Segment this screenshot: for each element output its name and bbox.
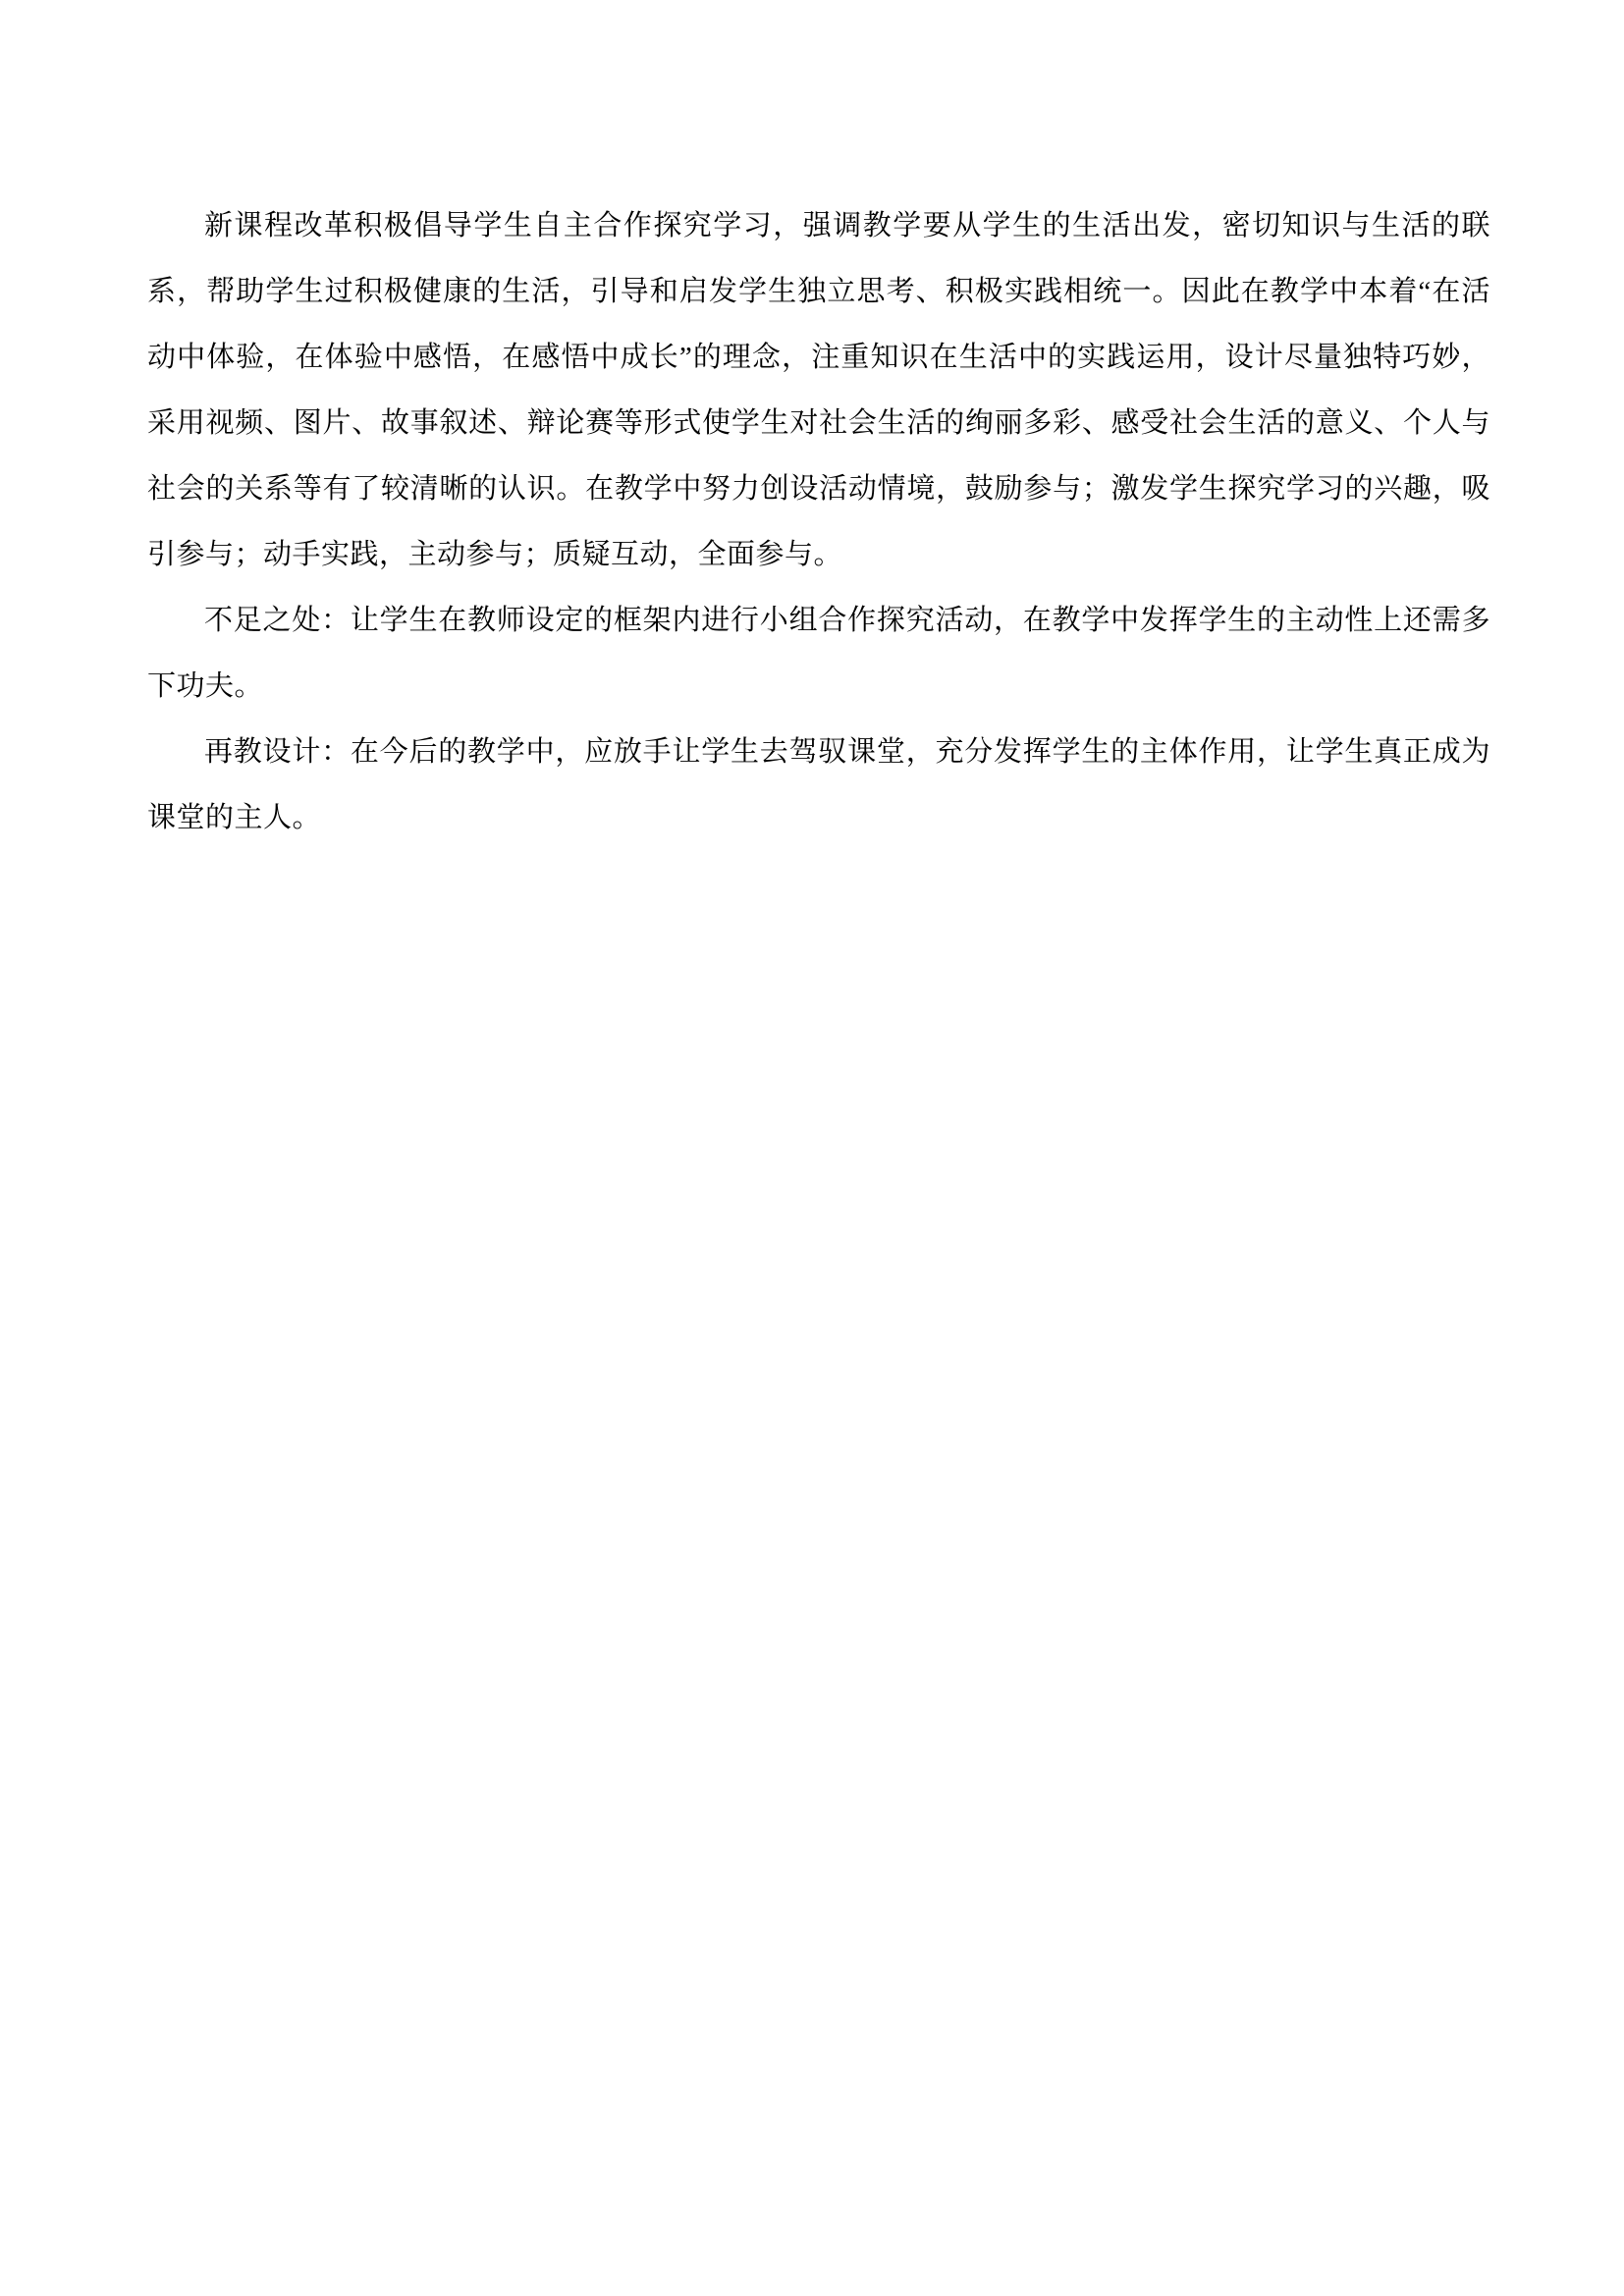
paragraph-teaching-reflection: 新课程改革积极倡导学生自主合作探究学习，强调教学要从学生的生活出发，密切知识与生…	[147, 193, 1490, 588]
document-text-block: 新课程改革积极倡导学生自主合作探究学习，强调教学要从学生的生活出发，密切知识与生…	[147, 193, 1490, 851]
paragraph-shortcomings: 不足之处：让学生在教师设定的框架内进行小组合作探究活动，在教学中发挥学生的主动性…	[147, 588, 1490, 720]
document-page: 新课程改革积极倡导学生自主合作探究学习，强调教学要从学生的生活出发，密切知识与生…	[0, 0, 1624, 2296]
paragraph-redesign: 再教设计：在今后的教学中，应放手让学生去驾驭课堂，充分发挥学生的主体作用，让学生…	[147, 720, 1490, 851]
